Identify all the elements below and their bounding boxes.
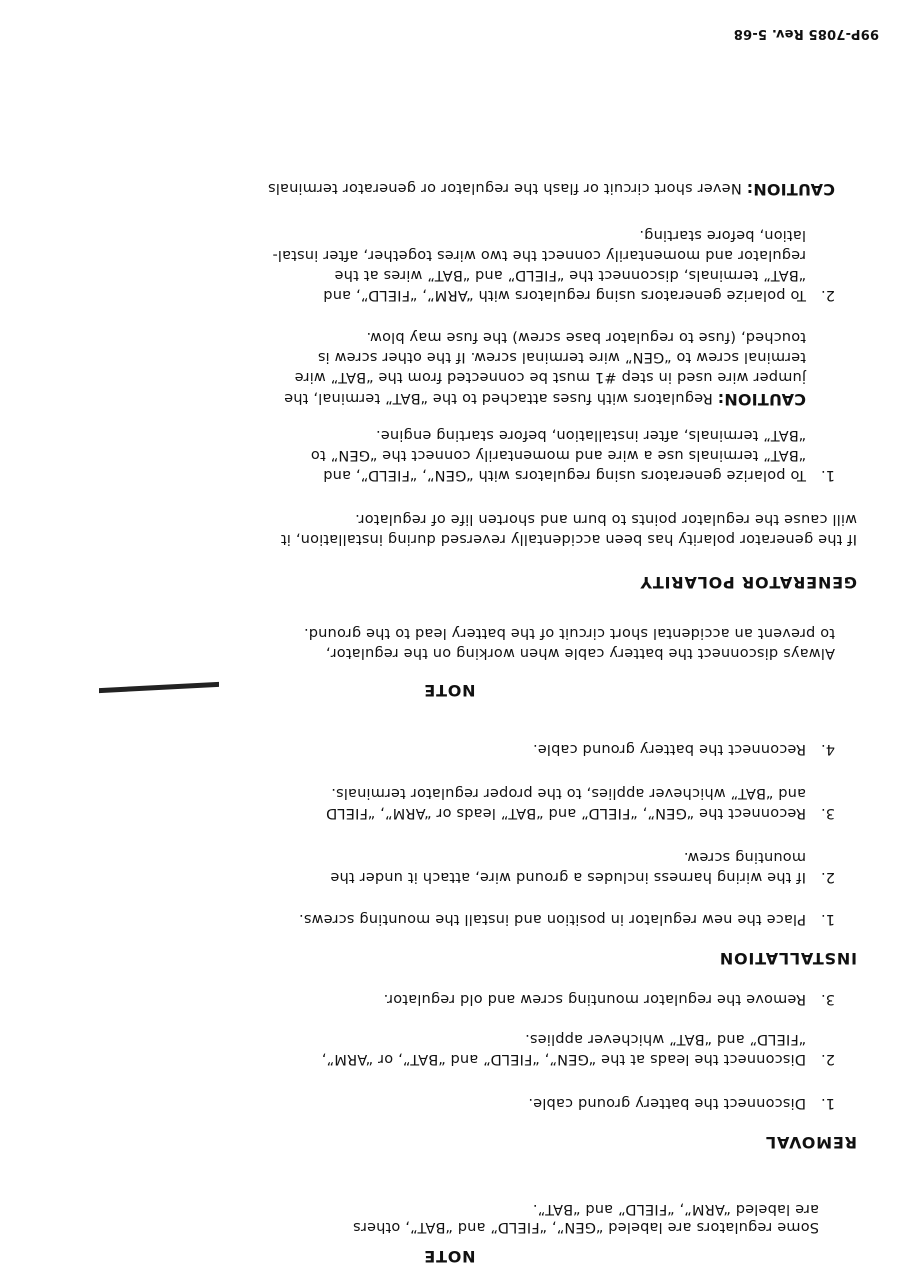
- polarity-step-2-line-4: lation, before starting.: [639, 226, 806, 244]
- removal-step-2-line-2: “FIELD” and “BAT” whichever applies.: [525, 1030, 806, 1048]
- polarity-step-1-line-2: “BAT” terminals use a wire and momentari…: [311, 446, 806, 464]
- caution-1-line-2: jumper wire used in step #1 must be conn…: [295, 368, 806, 386]
- form-number: 99P-7085 Rev. 5-68: [734, 24, 879, 42]
- installation-step-1: Place the new regulator in position and …: [299, 910, 806, 928]
- caution-1-label: CAUTION:: [718, 390, 806, 409]
- removal-step-3: Remove the regulator mounting screw and …: [383, 990, 806, 1008]
- installation-step-2-line-2: mounting screw.: [684, 848, 806, 866]
- caution-1: CAUTION: Regulators with fuses attached …: [284, 389, 806, 408]
- installation-step-3-line-1: Reconnect the “GEN”, “FIELD” and “BAT” l…: [326, 804, 806, 822]
- polarity-step-2-line-3: regulator and momentarily connect the tw…: [272, 246, 806, 264]
- generator-polarity-intro-2: will cause the regulator points to burn …: [355, 510, 857, 528]
- removal-step-3-num: 3.: [821, 990, 835, 1008]
- installation-step-3-line-2: and “BAT” whichever applies, to the prop…: [331, 784, 806, 802]
- removal-step-2-line-1: Disconnect the leads at the “GEN”, “FIEL…: [322, 1050, 806, 1068]
- document-page: NOTE Some regulators are labeled “GEN”, …: [0, 0, 899, 1280]
- installation-step-3-num: 3.: [821, 804, 835, 822]
- installation-step-4-num: 4.: [821, 740, 835, 758]
- note-top-heading: NOTE: [0, 1247, 899, 1266]
- polarity-step-2-line-1: To polarize generators using regulators …: [323, 286, 806, 304]
- installation-step-1-num: 1.: [821, 910, 835, 928]
- polarity-step-2-line-2: “BAT” terminals, disconnect the “FIELD” …: [334, 266, 806, 284]
- generator-polarity-intro-1: If the generator polarity has been accid…: [281, 530, 857, 548]
- generator-polarity-heading: GENERATOR POLARITY: [640, 573, 857, 592]
- caution-1-line-4: touched, (fuse to regulator base screw) …: [366, 328, 806, 346]
- installation-step-2-line-1: If the wiring harness includes a ground …: [330, 868, 806, 886]
- polarity-step-2-num: 2.: [821, 286, 835, 304]
- removal-step-1: Disconnect the battery ground cable.: [528, 1094, 806, 1112]
- removal-step-1-num: 1.: [821, 1094, 835, 1112]
- caution-1-first-line: Regulators with fuses attached to the “B…: [284, 390, 713, 406]
- installation-step-4: Reconnect the battery ground cable.: [533, 740, 806, 758]
- installation-heading: INSTALLATION: [719, 949, 857, 968]
- caution-2-text: Never short circuit or flash the regulat…: [268, 180, 742, 196]
- note-middle-line-1: Always disconnect the battery cable when…: [326, 644, 835, 662]
- removal-step-2-num: 2.: [821, 1050, 835, 1068]
- caution-2-label: CAUTION:: [747, 180, 835, 199]
- caution-1-line-3: terminal screw to “GEN” wire terminal sc…: [318, 348, 806, 366]
- note-top-line-2: are labeled “ARM”, “FIELD” and “BAT”.: [533, 1200, 819, 1218]
- caution-2: CAUTION: Never short circuit or flash th…: [268, 179, 835, 198]
- note-middle-line-2: to prevent an accidental short circuit o…: [304, 624, 835, 642]
- polarity-step-1-line-3: “BAT” terminals, after installation, bef…: [376, 426, 806, 444]
- note-top-line-1: Some regulators are labeled “GEN”, “FIEL…: [353, 1218, 819, 1236]
- removal-heading: REMOVAL: [765, 1133, 857, 1152]
- installation-step-2-num: 2.: [821, 868, 835, 886]
- polarity-step-1-line-1: To polarize generators using regulators …: [323, 466, 806, 484]
- polarity-step-1-num: 1.: [821, 466, 835, 484]
